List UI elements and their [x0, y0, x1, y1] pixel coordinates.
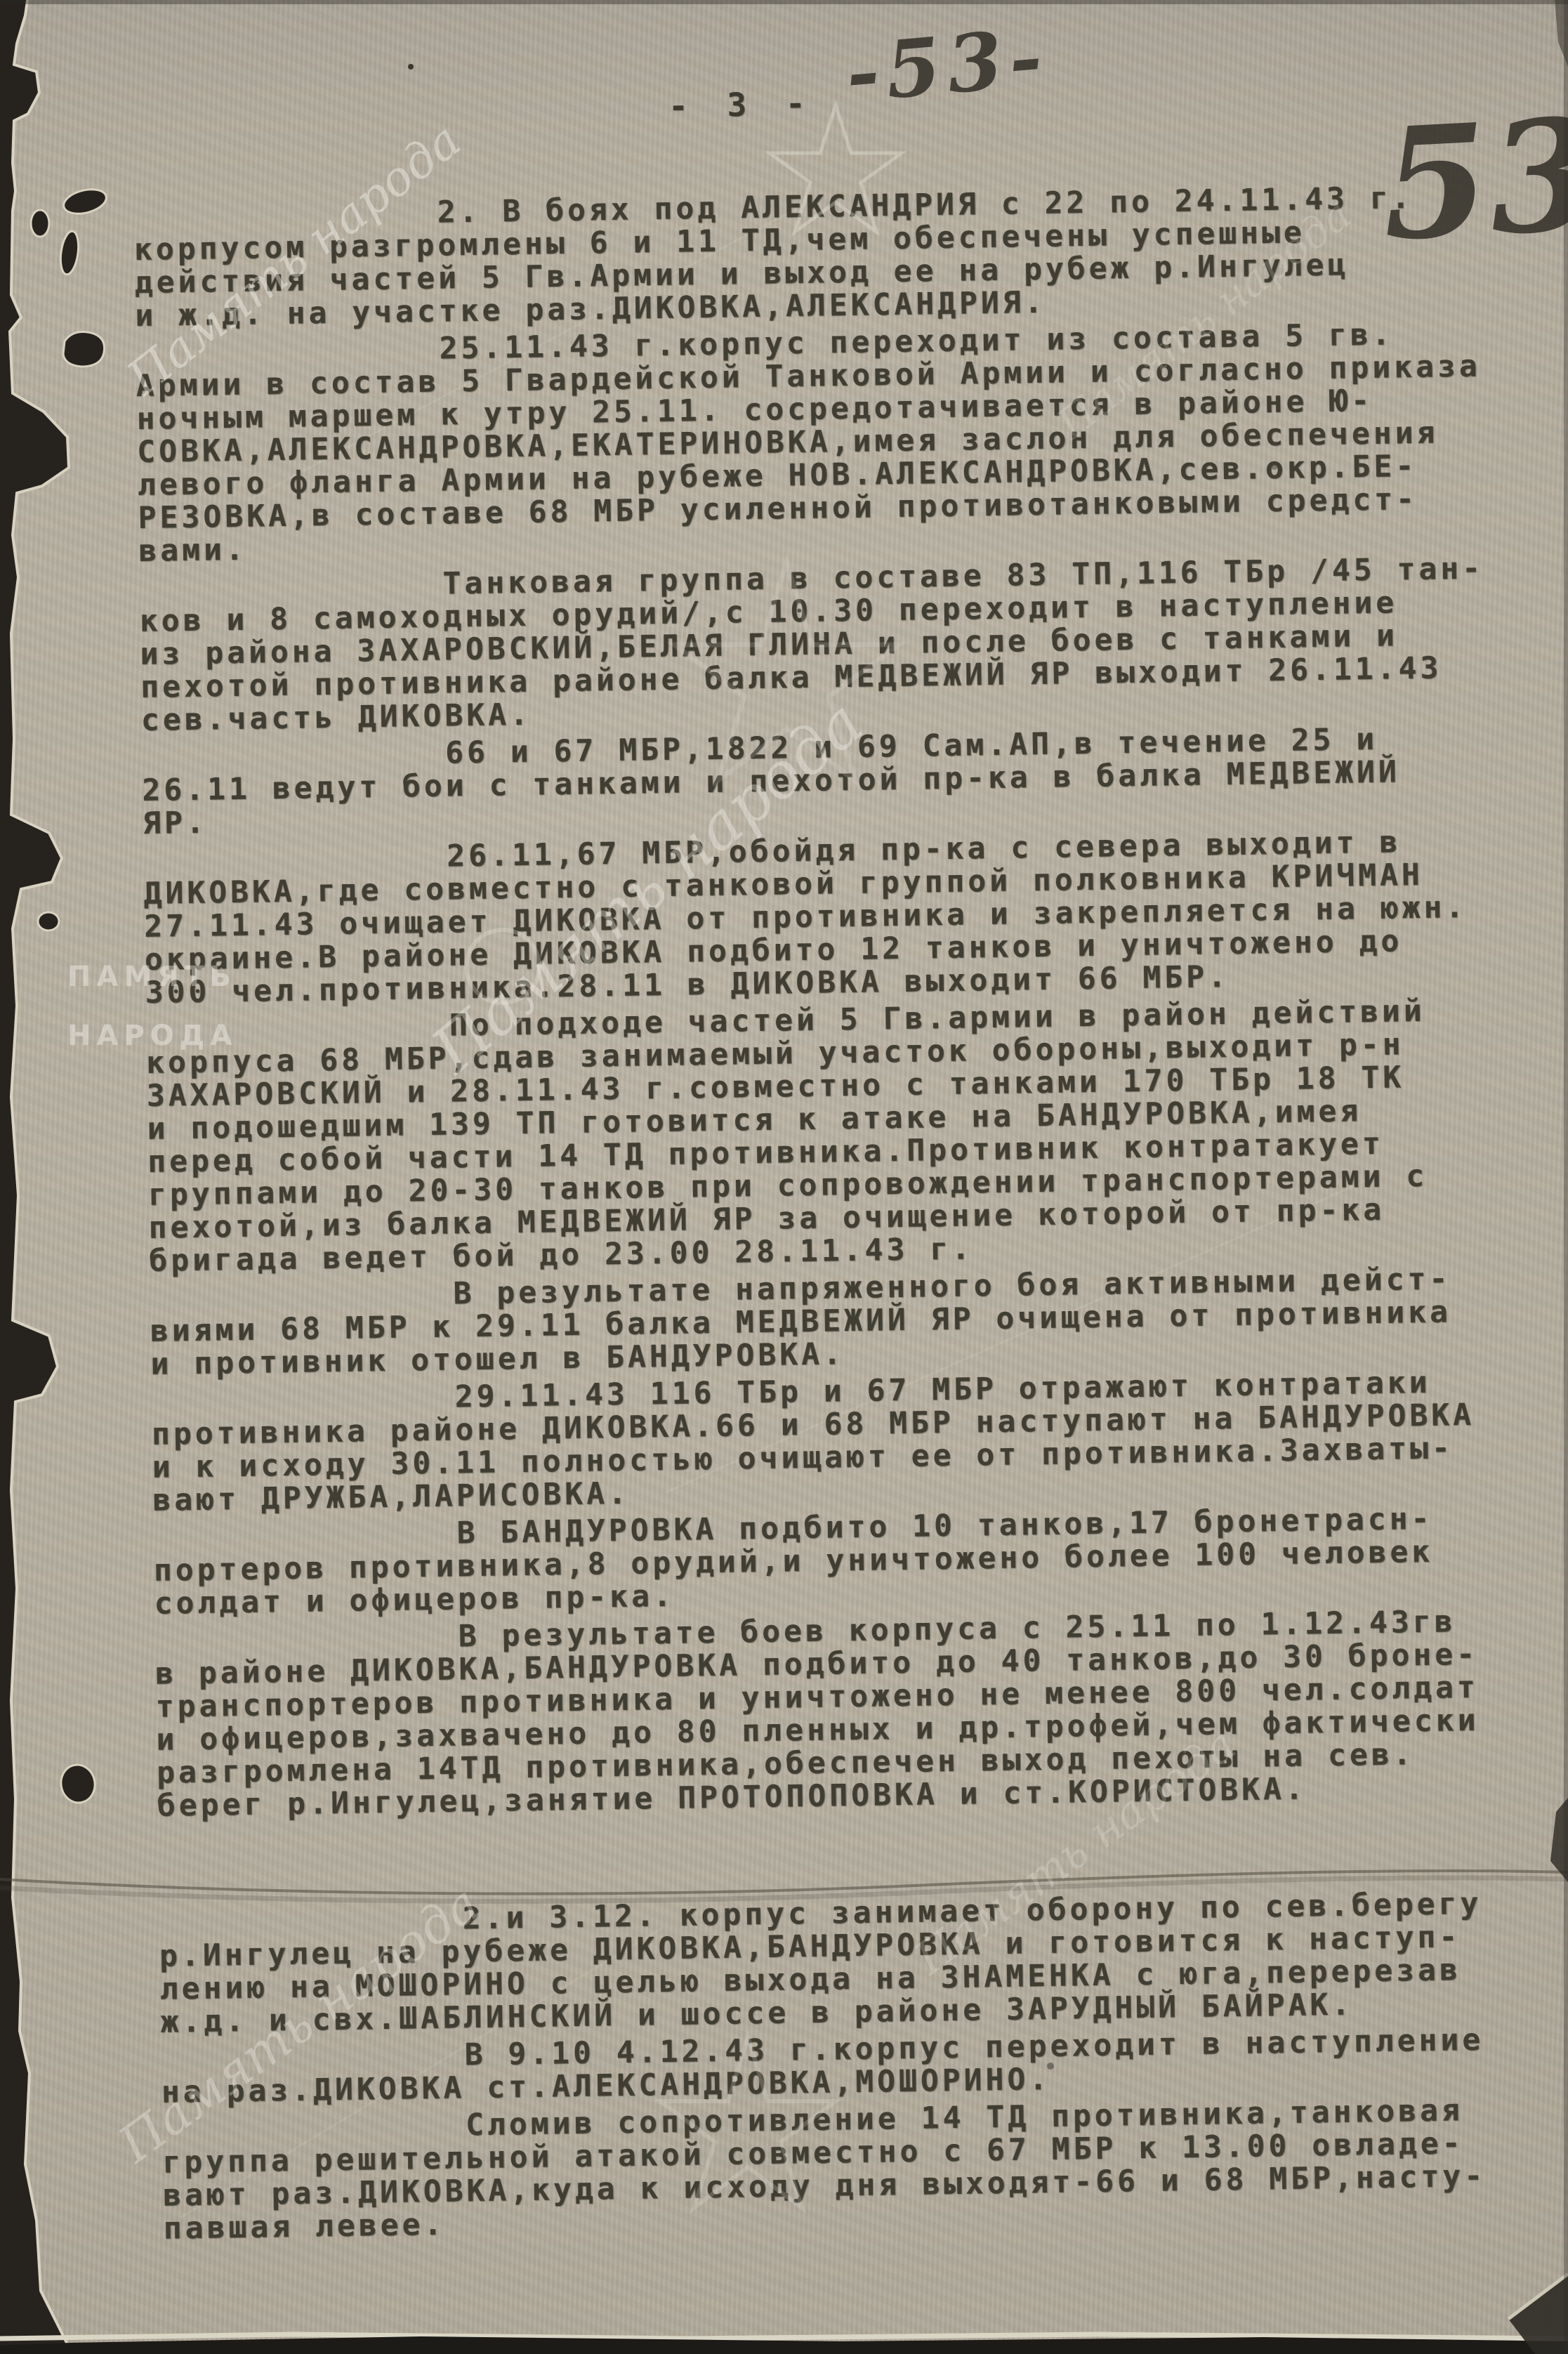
paper-speck	[408, 64, 414, 70]
paragraph: Сломив сопротивление 14 ТД противника,та…	[162, 2093, 1568, 2246]
paper-hole	[63, 332, 105, 367]
paragraph: В БАНДУРОВКА подбито 10 танков,17 бронет…	[153, 1501, 1566, 1621]
bottom-edge-dark	[0, 2336, 1568, 2354]
top-edge-sliver	[0, 0, 1568, 4]
paper-hole	[58, 1762, 98, 1806]
paper-hole	[38, 912, 59, 931]
paragraph: 2. В боях под АЛЕКСАНДРИЯ с 22 по 24.11.…	[133, 180, 1547, 333]
paper-sheet: - 3 - -53- 53 2. В боях под АЛЕКСАНДРИЯ …	[0, 0, 1568, 2354]
paragraph: 29.11.43 116 ТБр и 67 МБР отражают контр…	[151, 1365, 1564, 1518]
folded-corner-edge	[1508, 2274, 1568, 2319]
paragraph: 25.11.43 г.корпус переходит из состава 5…	[136, 316, 1550, 568]
typed-page-number: - 3 -	[668, 84, 815, 125]
paper-hole	[61, 185, 109, 218]
paper-hole	[58, 230, 81, 276]
paragraph: По подходе частей 5 Гв.армии в район дей…	[145, 993, 1560, 1278]
document-body: 2. В боях под АЛЕКСАНДРИЯ с 22 по 24.11.…	[133, 180, 1568, 2249]
bottom-edge-highlight	[0, 2334, 1568, 2339]
paper-hole	[31, 210, 49, 237]
scanned-document-page: - 3 - -53- 53 2. В боях под АЛЕКСАНДРИЯ …	[0, 0, 1568, 2354]
paragraph: В результате напряженного боя активными …	[150, 1261, 1562, 1381]
torn-left-edge	[0, 0, 74, 2354]
paragraph: Танковая группа в составе 83 ТП,116 ТБр …	[139, 551, 1553, 737]
handwritten-page-number: -53-	[843, 11, 1053, 121]
paragraph: В результате боев корпуса с 25.11 по 1.1…	[154, 1604, 1568, 1823]
top-right-sliver	[1555, 0, 1568, 67]
folded-corner	[1508, 2274, 1568, 2354]
paragraph: 66 и 67 МБР,1822 и 69 Сам.АП,в течение 2…	[141, 721, 1554, 841]
paragraph: 2.и 3.12. корпус занимает оборону по сев…	[159, 1886, 1568, 2039]
paragraph: 26.11,67 МБР,обойдя пр-ка с севера выход…	[143, 824, 1557, 1010]
